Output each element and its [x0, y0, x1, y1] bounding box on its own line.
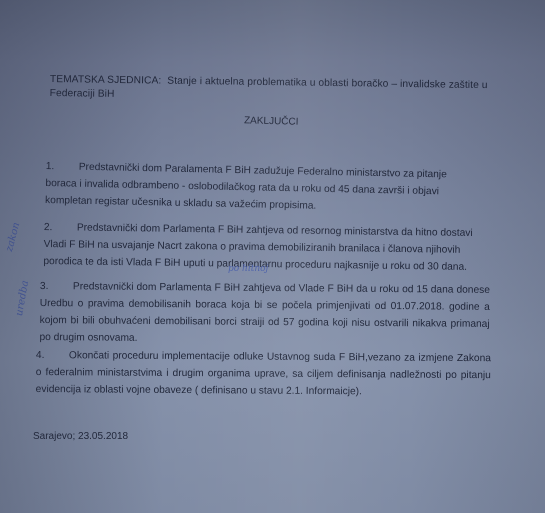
item-number: 3. — [40, 278, 73, 295]
item-text: Okončati proceduru implementacije odluke… — [36, 350, 491, 397]
item-number: 1. — [46, 158, 79, 176]
place-and-date: Sarajevo; 23.05.2018 — [33, 431, 128, 442]
conclusions-heading: ZAKLJUČCI — [244, 115, 299, 127]
handwritten-margin-note: uredba — [14, 280, 31, 317]
conclusion-item: 1.Predstavnički dom Paralamenta F BiH za… — [45, 158, 471, 218]
document-page: TEMATSKA SJEDNICA:Stanje i aktuelna prob… — [0, 0, 545, 513]
handwritten-margin-note: zakon — [4, 221, 22, 253]
session-label: TEMATSKA SJEDNICA: — [50, 74, 162, 87]
conclusion-item: 3.Predstavnički dom Parlamenta F BiH zah… — [39, 278, 490, 350]
item-number: 2. — [44, 219, 77, 236]
item-number: 4. — [36, 347, 69, 364]
item-text: Predstavnički dom Parlamenta F BiH zahtj… — [39, 281, 490, 344]
conclusion-item: 4.Okončati proceduru implementacije odlu… — [36, 347, 491, 401]
session-title: TEMATSKA SJEDNICA:Stanje i aktuelna prob… — [50, 73, 510, 107]
item-text: Predstavnički dom Paralamenta F BiH zadu… — [45, 162, 447, 212]
handwritten-note: po hitnoj — [228, 264, 268, 274]
